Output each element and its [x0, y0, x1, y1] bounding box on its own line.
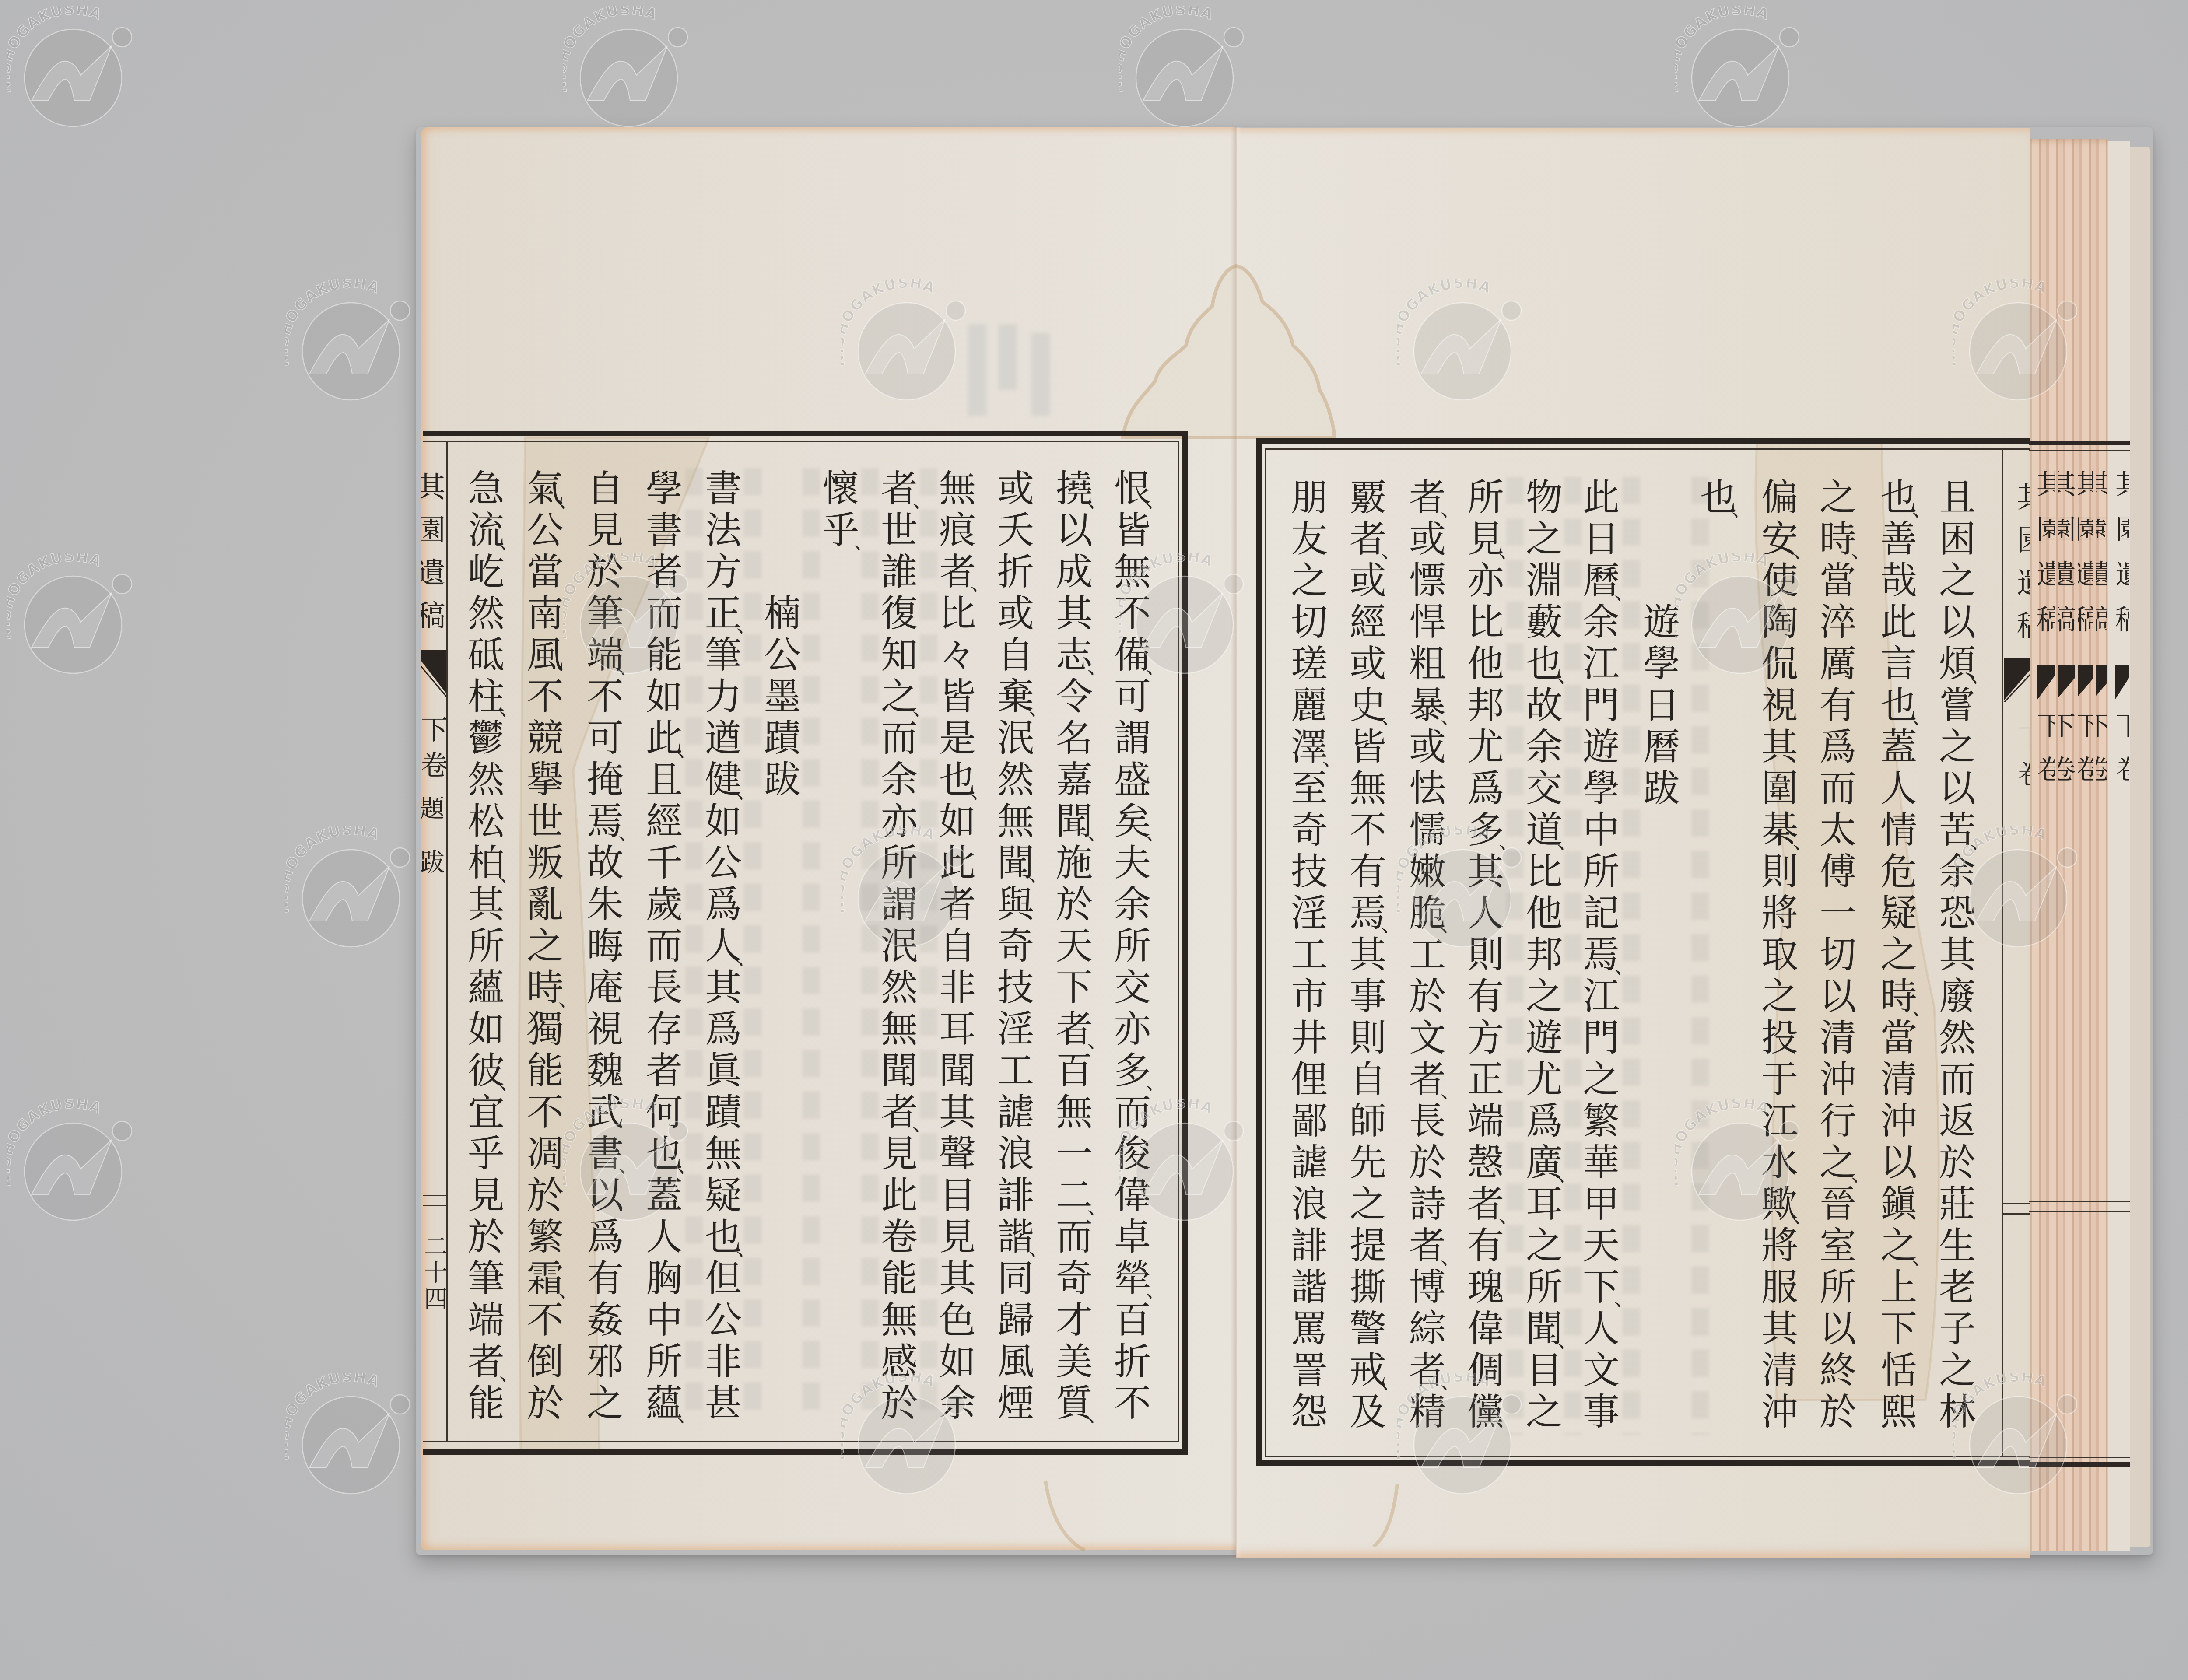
character: 乎	[462, 1133, 510, 1175]
reading-mark: 、	[499, 698, 519, 718]
character: 之	[581, 1382, 629, 1424]
character: 比	[1462, 602, 1510, 643]
character: 於	[1933, 1142, 1981, 1183]
character: 見	[462, 1175, 510, 1216]
character: 謂	[875, 884, 923, 925]
watermark-n-icon	[32, 593, 112, 647]
character: 之	[1933, 560, 1981, 602]
svg-text:NISHOGAKUSHA: NISHOGAKUSHA	[7, 553, 104, 641]
character: 水	[1756, 1142, 1804, 1183]
reading-mark: 、	[499, 1072, 519, 1092]
margin-column: 其園遺稿 下卷	[2004, 128, 2030, 1557]
watermark-logo: NISHOGAKUSHA	[285, 279, 417, 410]
character: 以	[1875, 1142, 1923, 1183]
reading-mark: 、	[1146, 1280, 1166, 1300]
character: 是	[933, 717, 982, 759]
character: 聞	[933, 1050, 982, 1092]
character: 侃	[1756, 643, 1804, 685]
character: 所	[1108, 925, 1157, 967]
character: 夫	[1108, 842, 1157, 884]
page-edge-title: 其園遺稿	[2078, 462, 2093, 642]
character: 施	[1050, 842, 1098, 884]
text-column: 也、	[1694, 477, 1743, 518]
character: 者	[640, 551, 688, 593]
reading-mark: 、	[1381, 540, 1401, 560]
reading-mark: 、	[499, 1363, 519, 1383]
character: 怨	[1285, 1391, 1333, 1433]
character: 切	[1814, 934, 1862, 976]
character: 焉、	[1577, 934, 1625, 976]
reading-mark: 、	[558, 1280, 579, 1300]
page-edge-title: 其園遺稿	[2115, 462, 2129, 642]
reading-mark: 、	[1146, 656, 1166, 676]
character: 事	[1577, 1391, 1625, 1433]
character: 圍	[1756, 768, 1804, 809]
watermark-text: NISHOGAKUSHA	[285, 279, 382, 368]
character: 下	[2078, 704, 2093, 748]
character: 技	[1285, 851, 1333, 892]
reading-mark: 、	[618, 822, 638, 843]
character: 者、	[1403, 1059, 1452, 1100]
character: 江	[1577, 643, 1625, 685]
character: 故	[581, 842, 629, 884]
character: 遊	[1637, 602, 1686, 643]
character: 眞	[699, 1050, 747, 1092]
character: 卓	[1108, 1216, 1157, 1258]
character: 門	[1577, 685, 1625, 726]
character: 且	[1933, 477, 1981, 518]
reading-mark: 、	[1146, 1072, 1166, 1092]
character: 折	[1108, 1341, 1157, 1382]
character: 有	[581, 1258, 629, 1299]
character: 無	[1050, 1092, 1098, 1133]
character: 遺	[2007, 562, 2030, 605]
reading-mark: 、	[1087, 656, 1108, 676]
reading-mark: 、	[736, 615, 757, 635]
character: 跋	[758, 759, 806, 801]
fish-tail-mark	[421, 650, 446, 696]
character: 之	[521, 925, 569, 967]
character: 稿	[2037, 597, 2055, 642]
character: 卷	[2037, 748, 2055, 792]
character: 然	[462, 593, 510, 634]
character: 情	[1875, 809, 1923, 851]
page-edge-fragment: 其園遺稿 下卷	[2115, 0, 2129, 1680]
character: 以	[581, 1175, 629, 1216]
character: 門	[1577, 1017, 1625, 1059]
character: 技	[992, 967, 1040, 1008]
reading-mark: 、	[677, 1155, 698, 1175]
character: 之	[1520, 1391, 1568, 1433]
character: 焉、	[581, 801, 629, 842]
character: 愨	[1462, 1142, 1510, 1183]
text-column: 此日曆、余江門遊學中所記焉、江門之繁華甲天下、人文事	[1577, 477, 1625, 1433]
character: 目	[933, 1175, 982, 1216]
character: 不	[581, 676, 629, 717]
character: 書	[640, 510, 688, 551]
character: 者、	[933, 551, 982, 593]
character: 將	[1756, 892, 1804, 934]
character: 公	[758, 634, 806, 676]
character: 所	[875, 842, 923, 884]
reading-mark: 、	[1851, 1164, 1871, 1184]
page-edge-volume: 下卷	[2096, 704, 2107, 792]
character: 暴、	[1403, 685, 1452, 726]
character: 江	[1577, 976, 1625, 1017]
reading-mark: 、	[1441, 499, 1461, 519]
reading-mark: 、	[912, 1113, 933, 1134]
character: 諧	[1285, 1267, 1333, 1308]
character: 無	[992, 801, 1040, 842]
character: 以	[1933, 768, 1981, 809]
character: 罵	[1285, 1308, 1333, 1350]
svg-text:NISHOGAKUSHA: NISHOGAKUSHA	[285, 826, 382, 915]
character: 棊、	[1756, 809, 1804, 851]
character: 也、	[1875, 685, 1923, 726]
character: 不	[521, 676, 569, 717]
character: 百	[1050, 1050, 1098, 1092]
character: 戒、	[1344, 1350, 1392, 1391]
character: 柱、	[462, 676, 510, 717]
character: 正	[1462, 1059, 1510, 1100]
character: 遺	[2115, 552, 2129, 597]
character: 事	[1344, 976, 1392, 1017]
character: 也、	[699, 1216, 747, 1258]
watermark-n-icon	[309, 319, 389, 374]
reading-mark: 、	[1146, 822, 1166, 843]
fish-tail-mark	[2037, 665, 2055, 705]
character: 於	[521, 1382, 569, 1424]
character: 者	[933, 884, 982, 925]
character: 氣、	[521, 468, 569, 510]
character: 鄙	[1285, 1100, 1333, 1142]
character: 泯	[992, 717, 1040, 759]
character: 蘊、	[640, 1382, 688, 1424]
character: 蹟	[699, 1092, 747, 1133]
character: 遺	[2037, 552, 2055, 597]
character: 子	[1933, 1308, 1981, 1350]
character: 之、	[875, 676, 923, 717]
character: 哉	[1875, 560, 1923, 602]
text-column: 急流、屹然砥柱、鬱然松柏、其所蘊如彼、宜乎見於筆端者、能	[462, 468, 510, 1424]
reading-mark: 、	[1971, 831, 1991, 851]
character: 聲	[933, 1133, 982, 1175]
character: 々	[933, 634, 982, 676]
character: 先	[1344, 1142, 1392, 1183]
character: 投	[1756, 1017, 1804, 1059]
reading-mark: 、	[618, 1155, 638, 1175]
character: 之	[1756, 976, 1804, 1017]
character: 下、	[1577, 1267, 1625, 1308]
reading-mark: 、	[1441, 1081, 1461, 1101]
book-title: 其園遺稿	[421, 466, 446, 637]
character: 返	[1933, 1100, 1981, 1142]
character: 詩	[1403, 1183, 1452, 1225]
character: 二	[421, 1234, 446, 1260]
character: 見	[933, 1216, 982, 1258]
text-column: 者、世誰復知之、而余亦所謂泯然無聞者、見此卷能無感於	[875, 468, 923, 1424]
character: 之	[1285, 560, 1333, 602]
character: 莊	[1933, 1183, 1981, 1225]
character: 稿	[2115, 597, 2129, 642]
fish-tail-mark	[2004, 658, 2030, 702]
character: 亂	[521, 884, 569, 925]
character: 皆	[1344, 726, 1392, 768]
character: 風	[521, 634, 569, 676]
character: 麗	[1285, 685, 1333, 726]
character: 力	[699, 676, 747, 717]
character: 行	[1814, 1100, 1862, 1142]
reading-mark: 、	[1793, 831, 1813, 851]
character: 故	[1520, 685, 1568, 726]
character: 亦	[875, 801, 923, 842]
svg-text:NISHOGAKUSHA: NISHOGAKUSHA	[7, 1099, 104, 1188]
character: 市	[1285, 976, 1333, 1017]
character: 名	[1050, 717, 1098, 759]
character: 成	[1050, 551, 1098, 593]
character: 也、	[1875, 477, 1923, 518]
character: 筆	[462, 1258, 510, 1299]
character: 曆、	[1577, 560, 1625, 602]
character: 上	[1875, 1267, 1923, 1308]
character: 卷	[2007, 756, 2030, 792]
character: 遺	[2058, 552, 2075, 597]
character: 存	[640, 1008, 688, 1050]
character: 下	[2096, 704, 2107, 748]
reading-mark: 、	[1912, 499, 1932, 519]
character: 且	[640, 759, 688, 801]
character: 卷	[421, 748, 446, 783]
watermark-text: NISHOGAKUSHA	[7, 6, 104, 94]
character: 同	[992, 1258, 1040, 1299]
seal-show-through	[1031, 333, 1050, 416]
character: 園	[2078, 507, 2093, 552]
character: 誹	[992, 1175, 1040, 1216]
text-column: 氣、公當南風不競擧世叛亂之時、獨能不凋於繁霜、不倒於	[521, 468, 569, 1424]
character: 非	[699, 1341, 747, 1382]
character: 史、	[1344, 685, 1392, 726]
character: 厲	[1814, 643, 1862, 685]
character: 一	[1050, 1133, 1098, 1175]
character: 經	[1344, 602, 1392, 643]
text-column: 無痕者、比々皆是也、如此者自非耳聞其聲目見其色如余	[933, 468, 982, 1424]
reading-mark: 、	[912, 490, 933, 510]
character: 澤、	[1285, 726, 1333, 768]
character: 方	[1462, 1017, 1510, 1059]
character: 歸	[992, 1299, 1040, 1341]
watermark-dot-icon	[390, 301, 410, 320]
character: 園	[2115, 507, 2129, 552]
character: 時、	[1875, 976, 1923, 1017]
watermark-n-icon	[1143, 46, 1223, 101]
character: 於	[1403, 976, 1452, 1017]
character: 以	[1814, 1308, 1862, 1350]
character: 正、	[699, 593, 747, 634]
character: 而	[1933, 1059, 1981, 1100]
character: 端	[462, 1299, 510, 1341]
watermark-circle-icon	[1136, 29, 1233, 126]
character: 其	[2078, 462, 2093, 507]
character: 但	[699, 1258, 747, 1299]
character: 質、	[1050, 1382, 1098, 1424]
character: 人、	[699, 925, 747, 967]
character: 晉	[1814, 1183, 1862, 1225]
character: 朋	[1285, 477, 1333, 518]
character: 柏、	[462, 842, 510, 884]
svg-text:NISHOGAKUSHA: NISHOGAKUSHA	[285, 279, 382, 368]
character: 經	[640, 801, 688, 842]
reading-mark: 、	[736, 947, 757, 967]
watermark-n-icon	[32, 46, 112, 101]
character: 何	[640, 1092, 688, 1133]
page-edge-volume: 下卷	[2078, 704, 2093, 792]
character: 余	[1933, 851, 1981, 892]
character: 而	[1050, 1216, 1098, 1258]
character: 謂	[1108, 717, 1157, 759]
watermark-circle-icon	[1692, 29, 1789, 126]
character: 世	[875, 510, 923, 551]
character: 此	[875, 1175, 923, 1216]
character: 卷	[2078, 748, 2093, 792]
character: 之	[1933, 726, 1981, 768]
character: 如	[933, 1341, 982, 1382]
watermark-logo: NISHOGAKUSHA	[1119, 6, 1250, 137]
character: 江	[1756, 1100, 1804, 1142]
character: 備、	[1108, 634, 1157, 676]
character: 或	[1403, 726, 1452, 768]
watermark-n-icon	[309, 1413, 389, 1468]
character: 人	[1577, 1308, 1625, 1350]
character: 恬	[1875, 1350, 1923, 1391]
character: 撓、	[1050, 468, 1098, 510]
character: 其	[699, 967, 747, 1008]
character: 俚	[1285, 1059, 1333, 1100]
character: 當	[1875, 1017, 1923, 1059]
character: 志、	[1050, 634, 1098, 676]
character: 乎、	[817, 510, 865, 551]
reading-mark: 、	[1499, 831, 1519, 851]
page-edge-fragment: 其園遺稿 下卷	[2096, 0, 2107, 1680]
reading-mark: 、	[1912, 1247, 1932, 1267]
reading-mark: 、	[1087, 822, 1108, 843]
character: 甲	[1577, 1183, 1625, 1225]
character: 之	[1814, 477, 1862, 518]
character: 瑳	[1285, 643, 1333, 685]
reading-mark: 、	[1087, 1197, 1108, 1217]
character: 此、	[640, 717, 688, 759]
character: 蓋	[1875, 726, 1923, 768]
character: 服	[1756, 1267, 1804, 1308]
character: 以	[1814, 976, 1862, 1017]
character: 稿	[2058, 597, 2075, 642]
character: 覈	[1344, 477, 1392, 518]
character: 余	[1108, 884, 1157, 925]
character: 皆	[1108, 510, 1157, 551]
character: 其	[933, 1258, 982, 1299]
character: 時、	[521, 967, 569, 1008]
character: 蓋	[640, 1175, 688, 1216]
character: 無	[933, 468, 982, 510]
character: 長	[640, 967, 688, 1008]
watermark-circle-icon	[302, 850, 400, 947]
character: 爲	[581, 1216, 629, 1258]
text-column: 偏安、使陶侃視其圍棊、則將取之投于江水歟、將服其清沖	[1756, 477, 1804, 1433]
watermark-n-icon	[1699, 46, 1779, 101]
character: 恨、	[1108, 468, 1157, 510]
character: 綜	[1403, 1308, 1452, 1350]
character: 而	[1108, 1092, 1157, 1133]
character: 筆	[699, 634, 747, 676]
character: 不	[521, 1299, 569, 1341]
character: 急	[462, 468, 510, 510]
character: 誹	[1285, 1225, 1333, 1267]
character: 切	[1285, 602, 1333, 643]
character: 流、	[462, 510, 510, 551]
character: 十	[421, 1260, 446, 1286]
svg-text:NISHOGAKUSHA: NISHOGAKUSHA	[1119, 6, 1216, 94]
character: 沖	[1814, 1059, 1862, 1100]
character: 其	[1050, 593, 1098, 634]
character: 視	[1756, 685, 1804, 726]
character: 或	[1344, 560, 1392, 602]
character: 書	[699, 468, 747, 510]
character: 者、	[875, 468, 923, 510]
character: 詈	[1285, 1350, 1333, 1391]
character: 聞	[875, 1050, 923, 1092]
character: 墨	[758, 676, 806, 717]
character: 其	[2058, 462, 2075, 507]
book-title: 其園遺稿	[2007, 476, 2030, 647]
character: 藪	[1520, 602, 1568, 643]
page-edge-fragment: 其園遺稿 下卷	[2078, 0, 2093, 1680]
character: 於	[462, 1216, 510, 1258]
watermark-circle-icon	[302, 1396, 400, 1494]
character: 健、	[699, 759, 747, 801]
character: 法	[699, 510, 747, 551]
character: 尤	[1520, 1059, 1568, 1100]
reading-mark: 、	[971, 781, 991, 801]
text-column: 自見於筆端、不可掩焉、故朱晦庵視魏武書、以爲有姦邪之	[581, 468, 629, 1424]
reading-mark: 、	[1851, 540, 1871, 560]
left-page: 其園遺稿 下卷 題跋 二十四 恨、皆無不備、可謂盛矣、夫余所交亦多、而俊偉卓犖、…	[421, 127, 1236, 1550]
character: 老	[1933, 1267, 1981, 1308]
character: 園	[2058, 507, 2075, 552]
character: 粗	[1403, 643, 1452, 685]
fish-tail-mark	[2058, 665, 2075, 705]
watermark-circle-icon	[25, 576, 122, 673]
character: 焉、	[1344, 892, 1392, 934]
watermark-circle-icon	[580, 29, 677, 126]
watermark-text: NISHOGAKUSHA	[7, 1099, 104, 1188]
character: 余	[1577, 602, 1625, 643]
text-column: 者、或慓悍粗暴、或怯懦嫩脆、工於文者、長於詩者、博綜者、精	[1403, 477, 1452, 1433]
character: 煩、	[1933, 643, 1981, 685]
character: 鬱	[462, 717, 510, 759]
character: 見	[581, 510, 629, 551]
character: 歲	[640, 884, 688, 925]
character: 端、	[581, 634, 629, 676]
character: 與	[992, 884, 1040, 925]
character: 自	[933, 925, 982, 967]
character: 偉	[1108, 1175, 1157, 1216]
character: 其	[2115, 462, 2129, 507]
book-cover-edge	[2130, 147, 2151, 1547]
character: 朱	[581, 884, 629, 925]
character: 者、	[1403, 1350, 1452, 1391]
reading-mark: 、	[1029, 1238, 1049, 1258]
watermark-n-icon	[32, 1140, 112, 1194]
character: 而	[640, 925, 688, 967]
